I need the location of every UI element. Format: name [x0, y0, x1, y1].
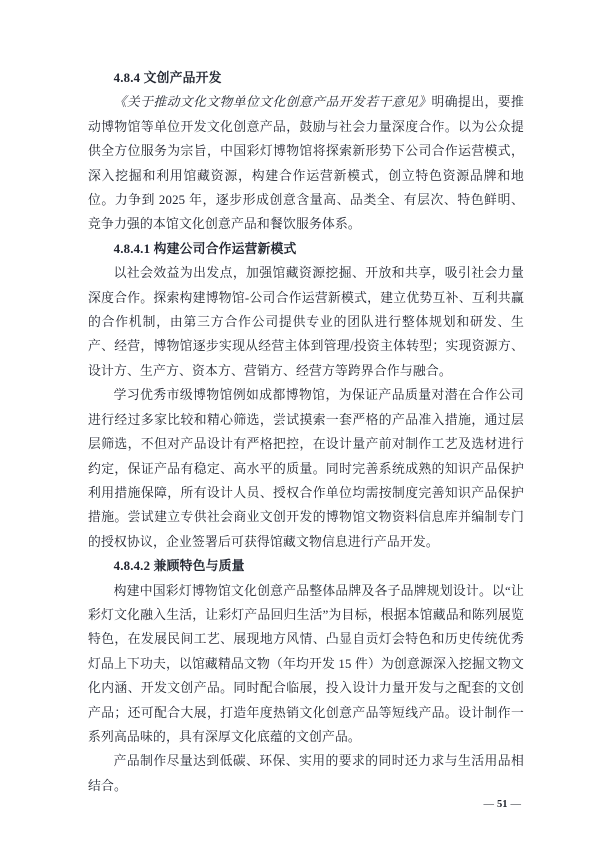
footer-dash-right: —	[511, 799, 522, 810]
section-heading-4-8-4-1: 4.8.4.1 构建公司合作运营新模式	[88, 237, 524, 261]
paragraph-brand-planning: 构建中国彩灯博物馆文化创意产品整体品牌及各子品牌规划设计。以“让彩灯文化融入生活…	[88, 579, 524, 750]
paragraph-cooperation-model: 以社会效益为出发点，加强馆藏资源挖掘、开放和共享，吸引社会力量深度合作。探索构建…	[88, 261, 524, 383]
section-heading-4-8-4: 4.8.4 文创产品开发	[88, 66, 524, 90]
page-footer: —51—	[484, 798, 522, 812]
paragraph-product-making: 产品制作尽量达到低碳、环保、实用的要求的同时还力求与生活用品相结合。	[88, 749, 524, 798]
paragraph-intro-text: 明确提出，要推动博物馆等单位开发文化创意产品，鼓励与社会力量深度合作。以为公众提…	[88, 95, 524, 231]
cited-document-title: 《关于推动文化文物单位文化创意产品开发若干意见》	[114, 95, 432, 109]
section-heading-4-8-4-2: 4.8.4.2 兼顾特色与质量	[88, 554, 524, 578]
page-number: 51	[494, 799, 511, 810]
footer-dash-left: —	[484, 799, 495, 810]
document-page: 4.8.4 文创产品开发 《关于推动文化文物单位文化创意产品开发若干意见》明确提…	[0, 0, 609, 859]
paragraph-quality-control: 学习优秀市级博物馆例如成都博物馆，为保证产品质量对潜在合作公司进行经过多家比较和…	[88, 383, 524, 554]
paragraph-intro: 《关于推动文化文物单位文化创意产品开发若干意见》明确提出，要推动博物馆等单位开发…	[88, 90, 524, 236]
page-body-text: 4.8.4 文创产品开发 《关于推动文化文物单位文化创意产品开发若干意见》明确提…	[88, 66, 524, 798]
